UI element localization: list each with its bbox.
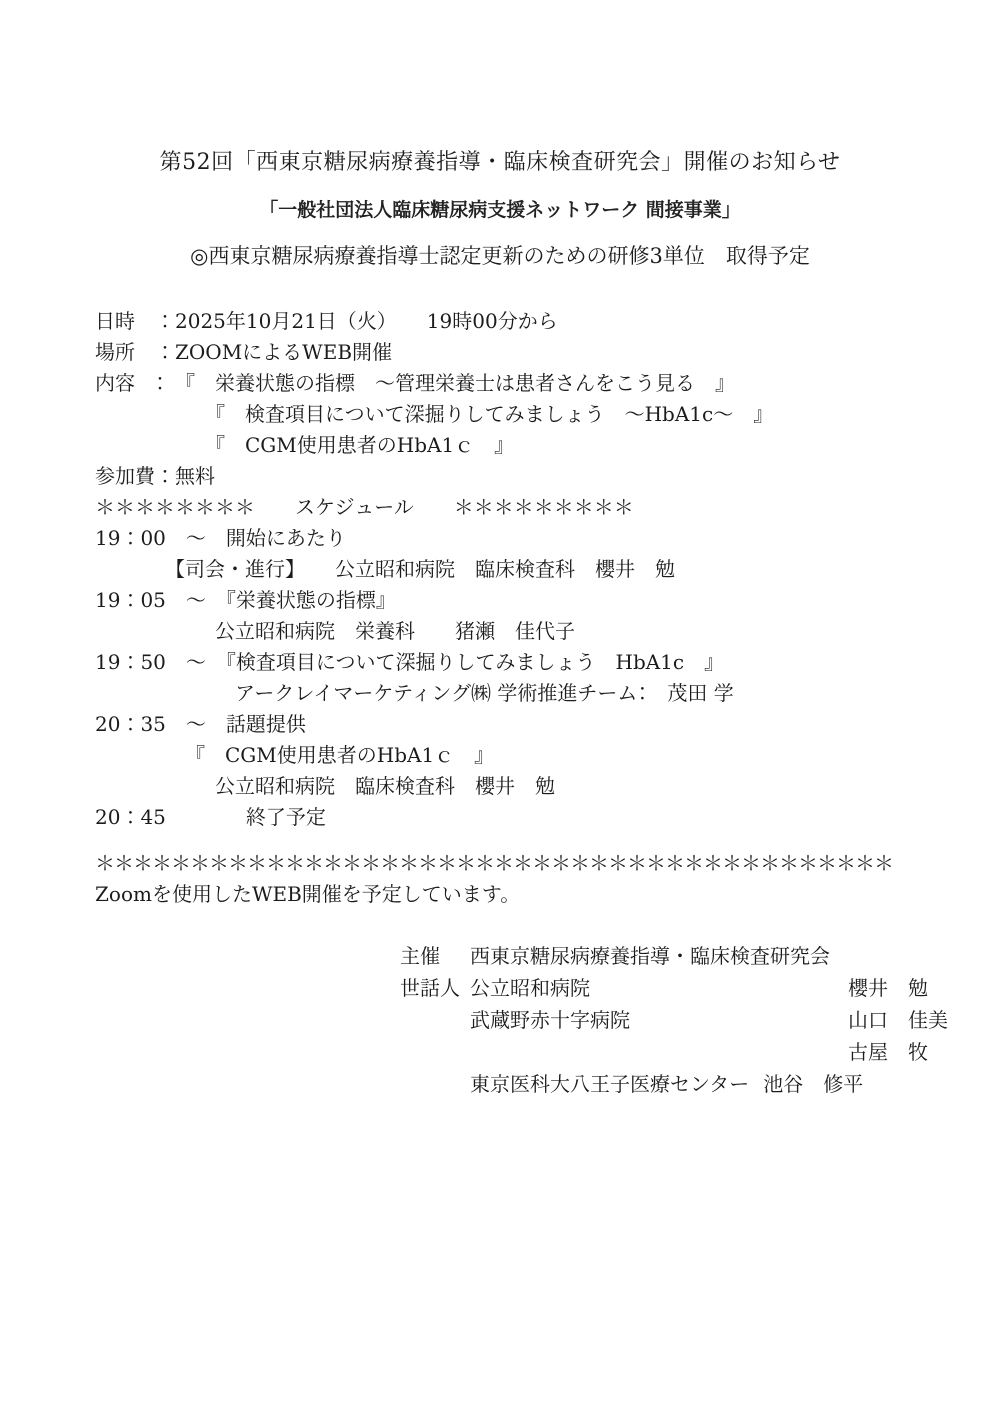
organizer-row: 世話人 公立昭和病院 櫻井 勉 bbox=[400, 972, 1000, 1004]
schedule-line-1950: 19：50 ～ 『検査項目について深掘りしてみましょう HbA1c 』 bbox=[95, 647, 1000, 678]
schedule-line-1900: 19：00 ～ 開始にあたり bbox=[95, 523, 1000, 554]
document-header: 第52回「西東京糖尿病療養指導・臨床検査研究会」開催のお知らせ 「一般社団法人臨… bbox=[0, 0, 1000, 271]
schedule-line-speaker-nutrition: 公立昭和病院 栄養科 猪瀬 佳代子 bbox=[95, 616, 1000, 647]
organizer-row-org: 公立昭和病院 bbox=[470, 972, 848, 1004]
organizer-row-org bbox=[470, 1036, 848, 1068]
asterisk-divider: ＊＊＊＊＊＊＊＊＊＊＊＊＊＊＊＊＊＊＊＊＊＊＊＊＊＊＊＊＊＊＊＊＊＊＊＊＊＊＊＊… bbox=[95, 848, 1000, 879]
schedule-line-2045: 20：45 終了予定 bbox=[95, 802, 1000, 833]
detail-line-place: 場所 ：ZOOMによるWEB開催 bbox=[95, 337, 1000, 368]
organizer-block: 主催 西東京糖尿病療養指導・臨床検査研究会 世話人 公立昭和病院 櫻井 勉 武蔵… bbox=[0, 940, 1000, 1100]
web-note: Zoomを使用したWEB開催を予定しています。 bbox=[95, 879, 1000, 910]
organizer-row-label bbox=[400, 1036, 470, 1068]
page-subtitle: 「一般社団法人臨床糖尿病支援ネットワーク 間接事業」 bbox=[0, 196, 1000, 224]
organizer-row-org: 武蔵野赤十字病院 bbox=[470, 1004, 848, 1036]
organizer-row-label bbox=[400, 1068, 470, 1100]
schedule-line-2035: 20：35 ～ 話題提供 bbox=[95, 709, 1000, 740]
schedule-line-speaker-arkray: アークレイマーケティング㈱ 学術推進チーム： 茂田 学 bbox=[95, 678, 1000, 709]
organizer-host-label: 主催 bbox=[400, 940, 470, 972]
organizer-row-org: 東京医科大八王子医療センター bbox=[470, 1068, 749, 1100]
schedule-line-speaker-lab: 公立昭和病院 臨床検査科 櫻井 勉 bbox=[95, 771, 1000, 802]
page-title: 第52回「西東京糖尿病療養指導・臨床検査研究会」開催のお知らせ bbox=[0, 148, 1000, 178]
detail-line-datetime: 日時 ：2025年10月21日（火） 19時00分から bbox=[95, 306, 1000, 337]
announcement-page: 第52回「西東京糖尿病療養指導・臨床検査研究会」開催のお知らせ 「一般社団法人臨… bbox=[0, 0, 1000, 1414]
organizer-row: 東京医科大八王子医療センター 池谷 修平 bbox=[400, 1068, 1000, 1100]
detail-line-fee: 参加費：無料 bbox=[95, 461, 1000, 492]
detail-line-content-1: 内容 ： 『 栄養状態の指標 ～管理栄養士は患者さんをこう見る 』 bbox=[95, 368, 1000, 399]
schedule-line-1905: 19：05 ～ 『栄養状態の指標』 bbox=[95, 585, 1000, 616]
organizer-row-label: 世話人 bbox=[400, 972, 470, 1004]
organizer-row: 古屋 牧 bbox=[400, 1036, 1000, 1068]
organizer-row-label bbox=[400, 1004, 470, 1036]
organizer-row-name: 櫻井 勉 bbox=[848, 972, 928, 1004]
organizer-row-name: 古屋 牧 bbox=[848, 1036, 928, 1068]
schedule-line-cgm-topic: 『 CGM使用患者のHbA1ｃ 』 bbox=[95, 740, 1000, 771]
certification-line: ◎西東京糖尿病療養指導士認定更新のための研修3単位 取得予定 bbox=[0, 241, 1000, 271]
schedule-header: ＊＊＊＊＊＊＊＊ スケジュール ＊＊＊＊＊＊＊＊＊ bbox=[95, 492, 1000, 523]
organizer-row-name: 山口 佳美 bbox=[848, 1004, 948, 1036]
detail-line-content-3: 『 CGM使用患者のHbA1ｃ 』 bbox=[95, 430, 1000, 461]
organizer-host-org: 西東京糖尿病療養指導・臨床検査研究会 bbox=[470, 940, 848, 972]
organizer-row-name: 池谷 修平 bbox=[763, 1068, 863, 1100]
document-body: 日時 ：2025年10月21日（火） 19時00分から 場所 ：ZOOMによるW… bbox=[0, 306, 1000, 910]
schedule-line-moderator: 【司会・進行】 公立昭和病院 臨床検査科 櫻井 勉 bbox=[95, 554, 1000, 585]
organizer-host-row: 主催 西東京糖尿病療養指導・臨床検査研究会 bbox=[400, 940, 1000, 972]
detail-line-content-2: 『 検査項目について深掘りしてみましょう ～HbA1c～ 』 bbox=[95, 399, 1000, 430]
organizer-row: 武蔵野赤十字病院 山口 佳美 bbox=[400, 1004, 1000, 1036]
